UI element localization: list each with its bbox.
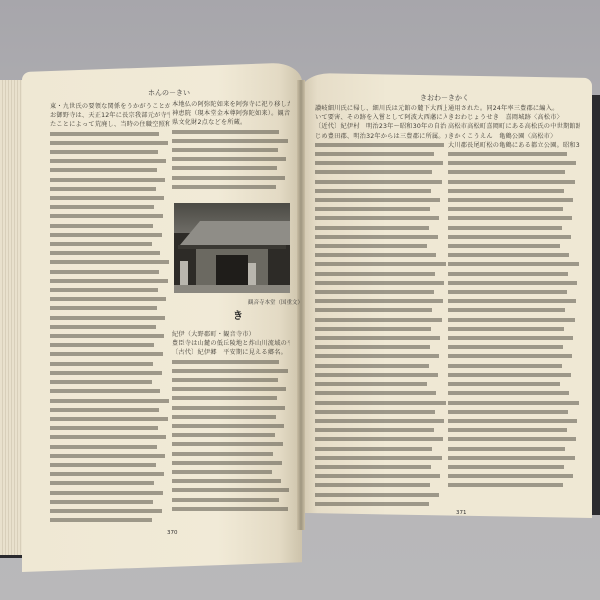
text-line [315,242,447,251]
text-line [448,150,580,159]
text-line [315,214,447,223]
text-line [50,304,170,313]
text-line [448,352,580,361]
text-line [315,187,447,196]
text-line [448,178,580,187]
text-line [50,350,170,359]
text-line [50,397,170,406]
text-line [172,505,290,514]
text-line [315,463,447,472]
text-line: 高松市高松町喜岡町にある高松氏の中世期館跡。 [448,122,580,131]
text-line [315,316,447,325]
text-line: 大川郡長尾町松の亀鶴にある都立公園。昭和34年指 [448,141,580,150]
text-line [50,148,170,157]
text-line [448,214,580,223]
text-line [50,231,170,240]
text-line [315,288,447,297]
text-line [448,242,580,251]
text-line [448,334,580,343]
text-line [172,496,290,505]
section-kana-heading: き [233,307,243,322]
text-line [448,435,580,444]
text-line [50,240,170,249]
text-line [50,387,170,396]
text-line [50,323,170,332]
text-line [315,334,447,343]
text-line [172,477,290,486]
right-page-column-2: 通用された。同24年率三豊郡に編入。きおわじょうせき 喜岡城跡〈高松市〉高松市高… [448,104,580,491]
text-line [50,424,170,433]
text-line [448,481,580,490]
text-line [448,205,580,214]
text-line [172,164,290,173]
text-line [172,413,290,422]
text-line: 〔近代〕紀伊村 明治23年～昭和30年の自治体名。は [315,122,447,131]
text-line [50,433,170,442]
text-line [315,297,447,306]
text-line: 神恵院（現本堂金本尊阿弥陀如来）。観音寺を五寺 [172,109,290,118]
text-line [50,194,170,203]
text-line [448,463,580,472]
text-line [315,454,447,463]
text-line [315,178,447,187]
text-line [50,258,170,267]
text-line [315,500,447,509]
text-line [315,491,447,500]
text-line [50,212,170,221]
text-line [50,360,170,369]
text-line [50,286,170,295]
text-line: お御野寺は、天正12年に長宗我部元が寺宇を陣に定め [50,111,170,120]
text-line [50,341,170,350]
text-line [172,440,290,449]
text-line [448,371,580,380]
text-line: 紀伊（大野郡町・観音寺市） [172,330,290,339]
text-line [448,426,580,435]
text-line [315,417,447,426]
text-line [50,222,170,231]
text-line [172,394,290,403]
text-line [315,472,447,481]
text-line [315,399,447,408]
text-line [315,233,447,242]
text-line [50,157,170,166]
right-running-head: きおわ－きかく [420,93,469,103]
text-line [50,470,170,479]
text-line [50,295,170,304]
text-line [50,498,170,507]
text-line [448,288,580,297]
text-line [172,128,290,137]
text-line [448,297,580,306]
text-line [172,468,290,477]
left-page-column-1: 東・九世氏の要領な関係をうかがうことができる。なお御野寺は、天正12年に長宗我部… [50,102,170,525]
text-line [448,399,580,408]
left-running-head: ホんの－きい [148,88,190,98]
text-line [172,422,290,431]
text-line [50,369,170,378]
text-line [315,251,447,260]
text-line [172,155,290,164]
text-line [172,459,290,468]
text-line: 讃岐細川氏に帰し、細川氏は元館の麓下大西上野介の [315,104,447,113]
text-line [315,270,447,279]
text-line [50,176,170,185]
text-line [448,445,580,454]
text-line [315,352,447,361]
text-line: 通用された。同24年率三豊郡に編入。 [448,104,580,113]
text-line [172,183,290,192]
text-line [50,277,170,286]
text-line [448,408,580,417]
text-line [315,150,447,159]
text-line [315,306,447,315]
text-line [50,166,170,175]
text-line [448,380,580,389]
text-line [172,404,290,413]
text-line: 本地仏の阿弥陀如来を阿弥寺に祀り移した。当寺寺・四宇を二分して [172,100,290,109]
right-page-column-1: 讃岐細川氏に帰し、細川氏は元館の麓下大西上野介のいて要害、その跡を入嘗として阿波… [315,104,447,509]
text-line [172,486,290,495]
text-line [448,306,580,315]
text-line [448,260,580,269]
text-line: いて要害、その跡を入嘗として阿波大西藩に入れた。 [315,113,447,122]
text-line [448,362,580,371]
text-line: たことによって荒廃し、当時の住職空照和尚が通化し [50,120,170,129]
left-page-column-2: 本地仏の阿弥陀如来を阿弥寺に祀り移した。当寺寺・四宇を二分して神恵院（現本堂金本… [172,100,290,192]
text-line: 豊臣寺は山麓の低丘陵地と炸山川流域の平地で [172,339,290,348]
text-line [172,367,290,376]
text-line [448,168,580,177]
text-line [315,435,447,444]
text-line [448,316,580,325]
text-line [448,389,580,398]
text-line [315,325,447,334]
text-line [50,516,170,525]
text-line [448,325,580,334]
text-line: 東・九世氏の要領な関係をうかがうことができる。な [50,102,170,111]
photo-caption: 観音寺本堂（国重文） [248,298,303,306]
text-line [172,385,290,394]
text-line [315,371,447,380]
text-line [448,343,580,352]
text-line [172,450,290,459]
text-line [50,378,170,387]
text-line [172,146,290,155]
text-line [315,168,447,177]
left-page-column-2-lower: 紀伊（大野郡町・観音寺市）豊臣寺は山麓の低丘陵地と炸山川流域の平地で〔古代〕紀伊… [172,330,290,514]
text-line [448,454,580,463]
text-line [448,417,580,426]
text-line [172,137,290,146]
text-line [50,139,170,148]
text-line [315,389,447,398]
text-line [315,159,447,168]
right-page-number: 371 [456,510,467,516]
text-line [50,452,170,461]
left-page-number: 370 [167,530,178,536]
text-line [448,224,580,233]
text-line [50,507,170,516]
text-line [50,314,170,323]
text-line [315,481,447,490]
text-line [50,203,170,212]
text-line [50,268,170,277]
text-line [50,443,170,452]
text-line [172,431,290,440]
text-line: 〔古代〕紀伊郷 平安期に見える郷名。 [172,348,290,357]
text-line [50,130,170,139]
text-line: じめ豊田郡、明治32年からは三豊郡に所属。丸井・坂 [315,132,447,141]
text-line [448,270,580,279]
text-line [50,332,170,341]
text-line [315,380,447,389]
text-line [315,260,447,269]
text-line [315,224,447,233]
text-line [50,249,170,258]
text-line [315,205,447,214]
text-line [172,376,290,385]
text-line [50,185,170,194]
text-line [50,415,170,424]
text-line [315,141,447,150]
text-line [50,461,170,470]
book-cover-right-edge [592,95,600,515]
text-line [448,251,580,260]
text-line: きおわじょうせき 喜岡城跡〈高松市〉 [448,113,580,122]
text-line [448,233,580,242]
text-line [448,472,580,481]
text-line [172,358,290,367]
text-line [448,279,580,288]
text-line [50,479,170,488]
text-line [315,196,447,205]
text-line [315,279,447,288]
text-line [315,408,447,417]
text-line [315,343,447,352]
temple-photo [174,203,290,293]
text-line [315,445,447,454]
text-line: きかくこうえん 亀鶴公園〈高松市〉 [448,132,580,141]
text-line [172,174,290,183]
text-line [50,489,170,498]
text-line [315,426,447,435]
text-line [448,187,580,196]
text-line [315,362,447,371]
text-line [448,159,580,168]
text-line [448,196,580,205]
text-line: 県文化財2点などを所蔵。 [172,118,290,127]
text-line [50,406,170,415]
